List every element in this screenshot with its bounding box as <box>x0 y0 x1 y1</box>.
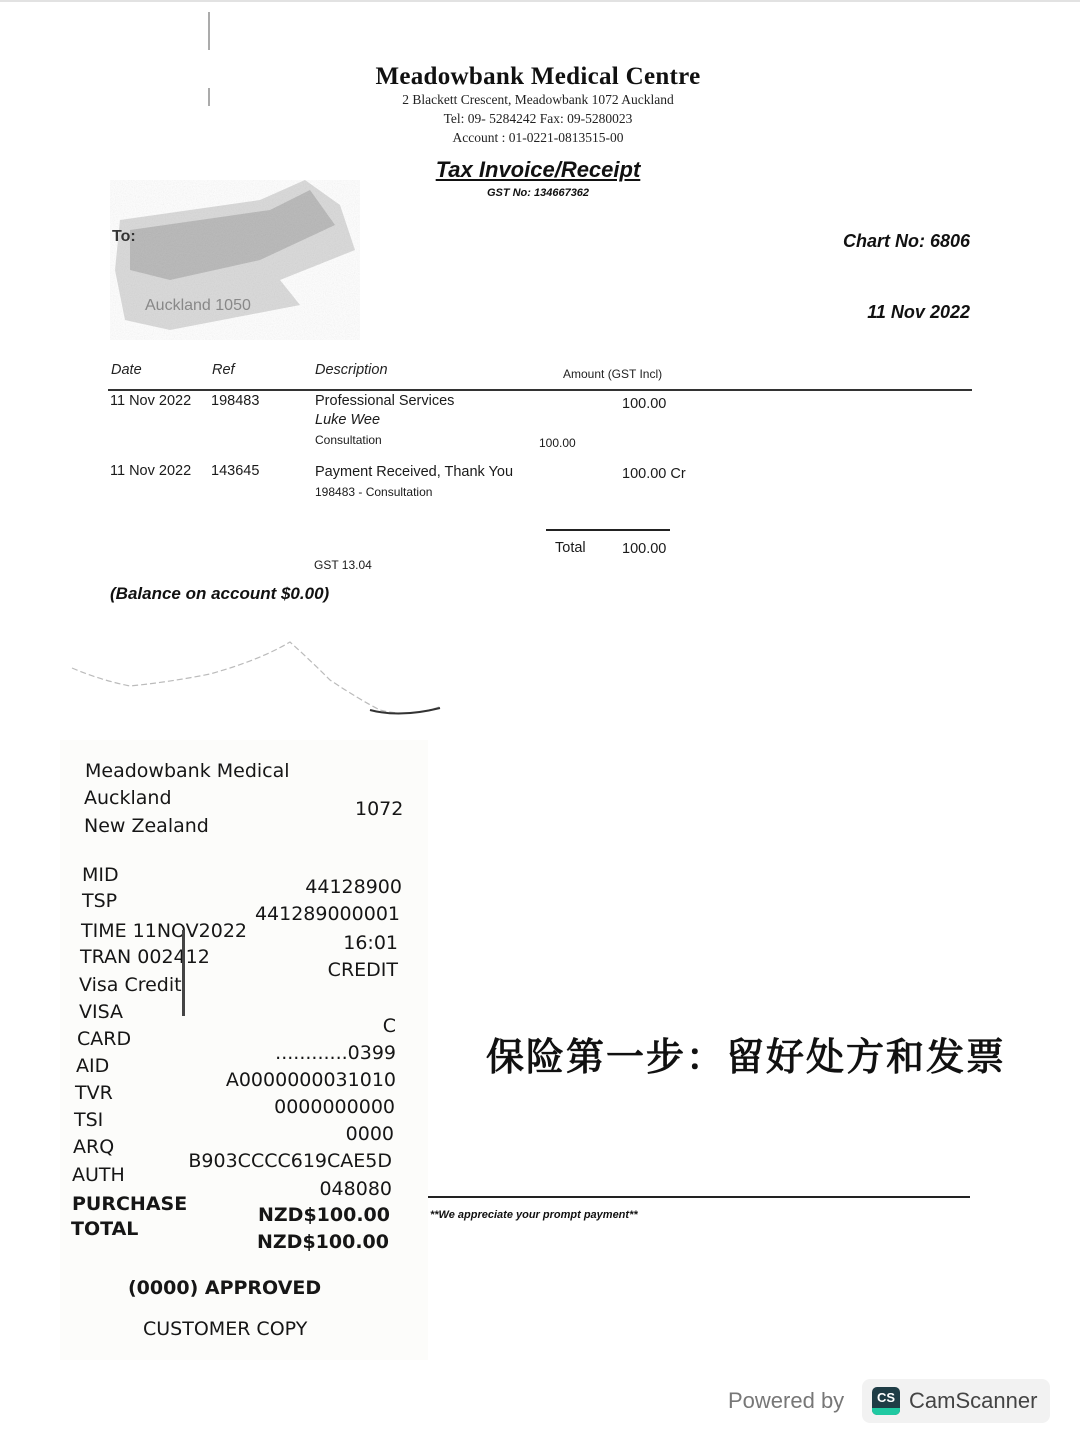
row-subtext: 198483 - Consultation <box>315 485 432 499</box>
row-ref: 143645 <box>211 463 259 479</box>
column-header-description: Description <box>315 362 388 378</box>
pos-city: Auckland <box>84 787 172 809</box>
column-header-date: Date <box>111 362 142 378</box>
row-provider: Luke Wee <box>315 412 380 428</box>
pos-label-mid: MID <box>82 864 119 886</box>
to-label: To: <box>112 228 136 246</box>
pos-label-card: CARD <box>77 1028 131 1050</box>
row-description: Payment Received, Thank You <box>315 464 513 480</box>
pos-label-card-type: Visa Credit <box>79 974 182 996</box>
pos-value-arq: B903CCCC619CAE5D <box>188 1150 392 1172</box>
pos-value-mid: 44128900 <box>305 876 402 898</box>
pen-mark <box>182 930 185 1016</box>
pos-value-tran: CREDIT <box>328 959 398 981</box>
clinic-phone-fax: Tel: 09- 5284242 Fax: 09-5280023 <box>0 111 1076 127</box>
pos-postcode: 1072 <box>355 798 403 820</box>
powered-by-label: Powered by <box>728 1388 844 1414</box>
gst-amount: GST 13.04 <box>314 558 372 572</box>
total-rule <box>546 529 670 531</box>
scan-artifact-mark <box>208 12 210 50</box>
torn-paper-edge <box>0 600 540 740</box>
redacted-city: Auckland 1050 <box>145 297 251 315</box>
pos-total-label: TOTAL <box>71 1218 138 1240</box>
chart-number: Chart No: 6806 <box>843 231 970 252</box>
invoice-date: 11 Nov 2022 <box>867 302 970 323</box>
pos-label-aid: AID <box>76 1055 109 1077</box>
pos-label-tsp: TSP <box>82 890 117 912</box>
pos-label-auth: AUTH <box>72 1164 125 1186</box>
clinic-account: Account : 01-0221-0813515-00 <box>0 130 1076 146</box>
clinic-name: Meadowbank Medical Centre <box>0 63 1076 91</box>
pos-value-visa: C <box>383 1015 396 1037</box>
pos-purchase-value: NZD$100.00 <box>258 1204 390 1226</box>
row-item: Consultation <box>315 433 382 447</box>
pos-label-tvr: TVR <box>75 1082 113 1104</box>
pos-label-tran: TRAN 002412 <box>80 946 210 968</box>
pos-value-time: 16:01 <box>343 932 398 954</box>
row-date: 11 Nov 2022 <box>110 463 191 479</box>
pos-value-tsi: 0000 <box>346 1123 394 1145</box>
column-header-amount: Amount (GST Incl) <box>563 367 662 381</box>
total-label: Total <box>555 540 586 556</box>
chinese-caption: 保险第一步：留好处方和发票 <box>486 1026 1006 1081</box>
row-item-amount: 100.00 <box>539 436 576 450</box>
pos-country: New Zealand <box>84 815 209 837</box>
pos-total-value: NZD$100.00 <box>257 1231 389 1253</box>
footer-rule <box>428 1196 970 1198</box>
pos-purchase-label: PURCHASE <box>72 1193 187 1215</box>
clinic-address: 2 Blackett Crescent, Meadowbank 1072 Auc… <box>0 92 1076 108</box>
row-date: 11 Nov 2022 <box>110 393 191 409</box>
camscanner-logo-icon: CS <box>872 1387 900 1415</box>
pos-label-arq: ARQ <box>73 1136 114 1158</box>
camscanner-badge[interactable]: CS CamScanner <box>862 1379 1050 1423</box>
pos-label-visa: VISA <box>79 1001 123 1023</box>
table-header-rule <box>108 389 972 391</box>
pos-value-card: ............0399 <box>275 1042 396 1064</box>
page-top-edge <box>0 0 1080 2</box>
camscanner-brand-name: CamScanner <box>909 1388 1037 1414</box>
redacted-address-scribble <box>110 180 360 340</box>
pos-label-time: TIME 11NOV2022 <box>81 920 247 942</box>
pos-value-auth: 048080 <box>319 1178 392 1200</box>
row-ref: 198483 <box>211 393 259 409</box>
pos-value-tsp: 441289000001 <box>255 903 400 925</box>
row-description: Professional Services <box>315 393 454 409</box>
pos-customer-copy: CUSTOMER COPY <box>143 1318 307 1340</box>
appreciate-payment-note: **We appreciate your prompt payment** <box>430 1209 638 1221</box>
row-amount: 100.00 <box>622 396 666 412</box>
pos-merchant: Meadowbank Medical <box>85 760 290 782</box>
column-header-ref: Ref <box>212 362 235 378</box>
pos-value-tvr: 0000000000 <box>274 1096 395 1118</box>
pos-label-tsi: TSI <box>74 1109 103 1131</box>
pos-approval-status: (0000) APPROVED <box>128 1277 321 1299</box>
row-amount: 100.00 Cr <box>622 466 686 482</box>
total-value: 100.00 <box>622 541 666 557</box>
pos-value-aid: A0000000031010 <box>226 1069 396 1091</box>
